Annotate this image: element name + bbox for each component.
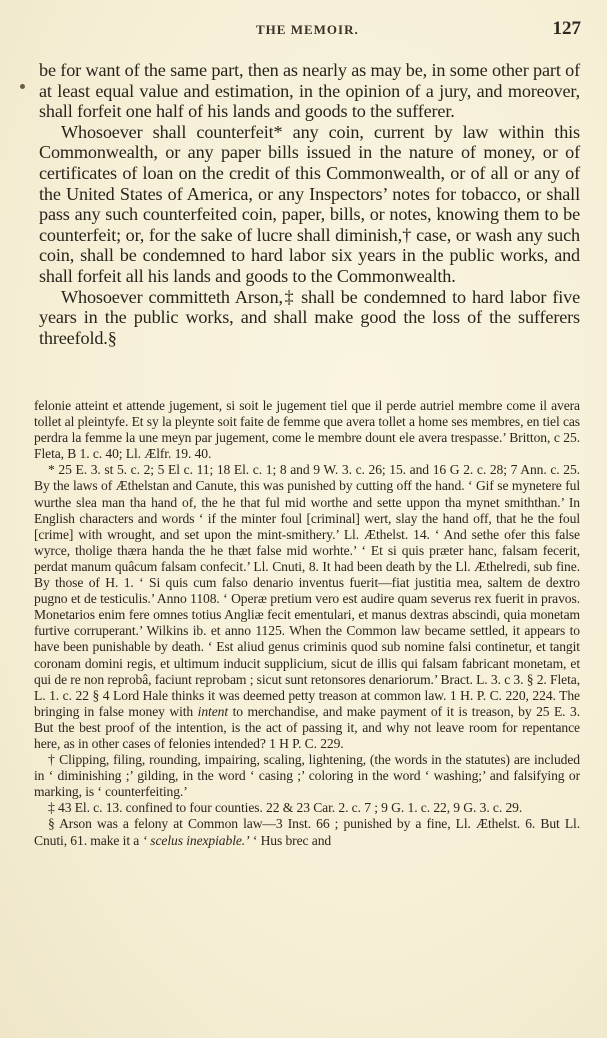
footnote-asterisk: * 25 E. 3. st 5. c. 2; 5 El c. 11; 18 El…	[34, 462, 580, 752]
margin-ink-mark	[20, 84, 25, 89]
main-paragraph-arson: Whosoever committeth Arson,‡ shall be co…	[39, 287, 580, 349]
book-page: THE MEMOIR. 127 be for want of the same …	[0, 0, 607, 1038]
footnote-section-end: ‘ Hus brec and	[253, 833, 331, 848]
footnote-asterisk-italic: intent	[198, 704, 228, 719]
main-paragraph-counterfeit: Whosoever shall counterfeit* any coin, c…	[39, 122, 580, 287]
page-header: THE MEMOIR. 127	[38, 18, 581, 42]
footnote-section-italic: ‘ scelus inexpiable.’	[143, 833, 250, 848]
main-text: be for want of the same part, then as ne…	[39, 60, 580, 348]
footnote-dagger: † Clipping, filing, rounding, impairing,…	[34, 752, 580, 800]
footnote-continued: felonie atteint et attende jugement, si …	[34, 398, 580, 462]
footnote-asterisk-text: * 25 E. 3. st 5. c. 2; 5 El c. 11; 18 El…	[34, 462, 580, 718]
main-paragraph-continuation: be for want of the same part, then as ne…	[39, 60, 580, 122]
footnotes: felonie atteint et attende jugement, si …	[34, 398, 580, 849]
page-number: 127	[553, 18, 582, 40]
footnote-double-dagger: ‡ 43 El. c. 13. confined to four countie…	[34, 800, 580, 816]
running-head: THE MEMOIR.	[256, 22, 359, 38]
footnote-section: § Arson was a felony at Common law—3 Ins…	[34, 816, 580, 848]
